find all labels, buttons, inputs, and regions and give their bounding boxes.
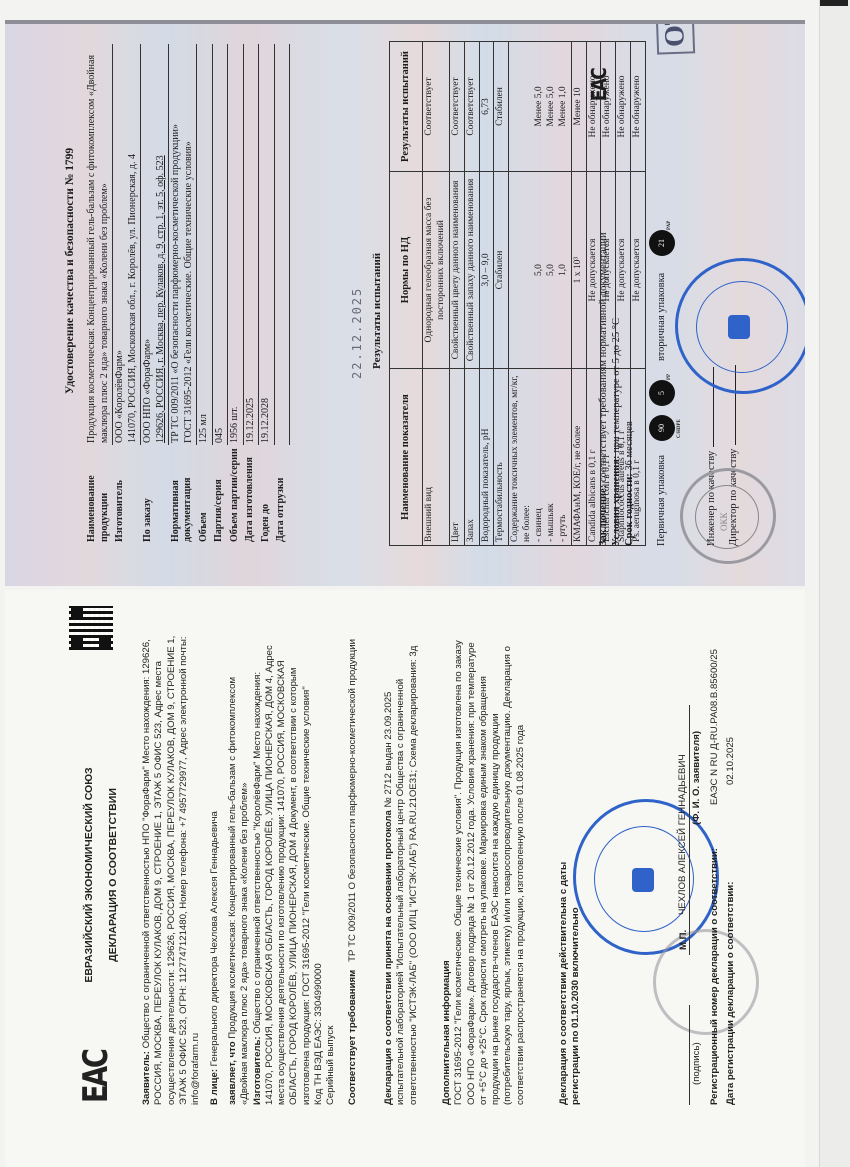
registration-number-row: Регистрационный номер декларации о соотв…	[709, 625, 721, 1105]
product-info-table: Наименование продукции Продукция космети…	[85, 44, 290, 544]
table-row: ЗапахСвойственный запаху данного наимено…	[464, 42, 479, 546]
info-row: Годен до19.12.2028	[259, 44, 275, 544]
secondary-packaging-label: вторичная упаковка	[655, 273, 668, 361]
person-block: В лице: Генерального директора Чехлова А…	[209, 635, 221, 1105]
quality-certificate-scan: Удостоверение качества и безопасности № …	[5, 20, 805, 586]
info-row: Дата отгрузки	[274, 44, 290, 544]
signer-caption: (Ф. И. О. заявителя)	[691, 731, 703, 825]
scanner-edge	[819, 0, 850, 1167]
shipment-date-stamp: 22.12.2025	[350, 287, 365, 379]
recycle-icon: 21	[649, 230, 675, 256]
recycle-icon: 5	[649, 380, 675, 406]
info-row: Дата изготовления19.12.2025	[243, 44, 259, 544]
manufacturer-seal-stamp	[653, 929, 759, 1035]
eac-mark: EAC	[587, 69, 612, 101]
info-row: Объем партии/серии1956 шт.	[228, 44, 244, 544]
declaration-title: ДЕКЛАРАЦИЯ О СООТВЕТСТВИИ	[107, 595, 120, 1155]
company-seal-stamp	[675, 258, 805, 394]
registration-number: ЕАЭС N RU Д-RU.РА08.В.85600/25	[709, 649, 721, 805]
registration-date: 02.10.2025	[725, 737, 737, 785]
qr-code	[69, 606, 113, 650]
info-row: По заказу ООО НПО «ФораФарм»129626, РОСС…	[141, 44, 169, 544]
complies-block: Соответствует требованиям ТР ТС 009/2011…	[347, 635, 359, 1105]
table-header-row: Наименование показателя Нормы по НД Резу…	[390, 42, 423, 546]
extra-info-block: Дополнительная информация ГОСТ 31695-201…	[441, 635, 527, 1105]
mp-label: М.П.	[678, 930, 690, 950]
packaging-row: Первичная упаковка 90 C/HDPE 5 PP вторич…	[655, 76, 668, 546]
info-row: Объем125 мл	[197, 44, 213, 544]
declares-block: заявляет, что Продукция косметическая: К…	[227, 635, 337, 1105]
applicant-block: Заявитель: Общество с ограниченной ответ…	[141, 635, 202, 1105]
info-row: Партия/серия045	[212, 44, 228, 544]
info-row: Нормативная документация ТР ТС 009/2011 …	[169, 44, 197, 544]
conclusion-block: Заключение: соответствует требованиям но…	[597, 36, 636, 546]
basis-block: Декларация о соответствии принята на осн…	[383, 635, 420, 1105]
signer-name: ЧЕХЛОВ АЛЕКСЕЙ ГЕННАДЬЕВИЧ	[677, 754, 689, 915]
info-row: Изготовитель ООО «КоролёвФарм»141070, РО…	[113, 44, 141, 544]
declaration-page: EAC ЕВРАЗИЙСКИЙ ЭКОНОМИЧЕСКИЙ СОЮЗ ДЕКЛА…	[13, 595, 803, 1155]
table-row: ЦветСвойственный цвету данного наименова…	[449, 42, 464, 546]
signature-line	[689, 1005, 690, 1105]
union-title: ЕВРАЗИЙСКИЙ ЭКОНОМИЧЕСКИЙ СОЮЗ	[83, 595, 96, 1155]
signature-caption: (подпись)	[691, 1042, 703, 1085]
certificate-title: Удостоверение качества и безопасности № …	[63, 148, 77, 394]
declaration-scan: EAC ЕВРАЗИЙСКИЙ ЭКОНОМИЧЕСКИЙ СОЮЗ ДЕКЛА…	[5, 590, 805, 1167]
registration-date-row: Дата регистрации декларации о соответств…	[725, 625, 737, 1105]
primary-packaging-label: Первичная упаковка	[656, 455, 667, 546]
table-row: Водородный показатель, pH3,0 – 9,06,73	[479, 42, 494, 546]
table-row: КМАФАнМ, КОЕ/г, не более1 x 10³Менее 10	[571, 42, 586, 546]
okk-stamp: ОКК	[680, 468, 776, 564]
table-row: Внешний видОднородная гелеобразная масса…	[423, 42, 450, 546]
otk-stamp: ОТК №1	[653, 20, 695, 55]
recycle-icon: 90	[649, 415, 675, 441]
table-row: ТермостабильностьСтабиленСтабилен	[494, 42, 509, 546]
results-title: Результаты испытаний	[371, 253, 385, 369]
table-row: Содержание токсичных элементов, мг/кг, н…	[509, 42, 571, 546]
info-row: Наименование продукции Продукция космети…	[85, 44, 113, 544]
quality-certificate-page: Удостоверение качества и безопасности № …	[15, 34, 805, 574]
